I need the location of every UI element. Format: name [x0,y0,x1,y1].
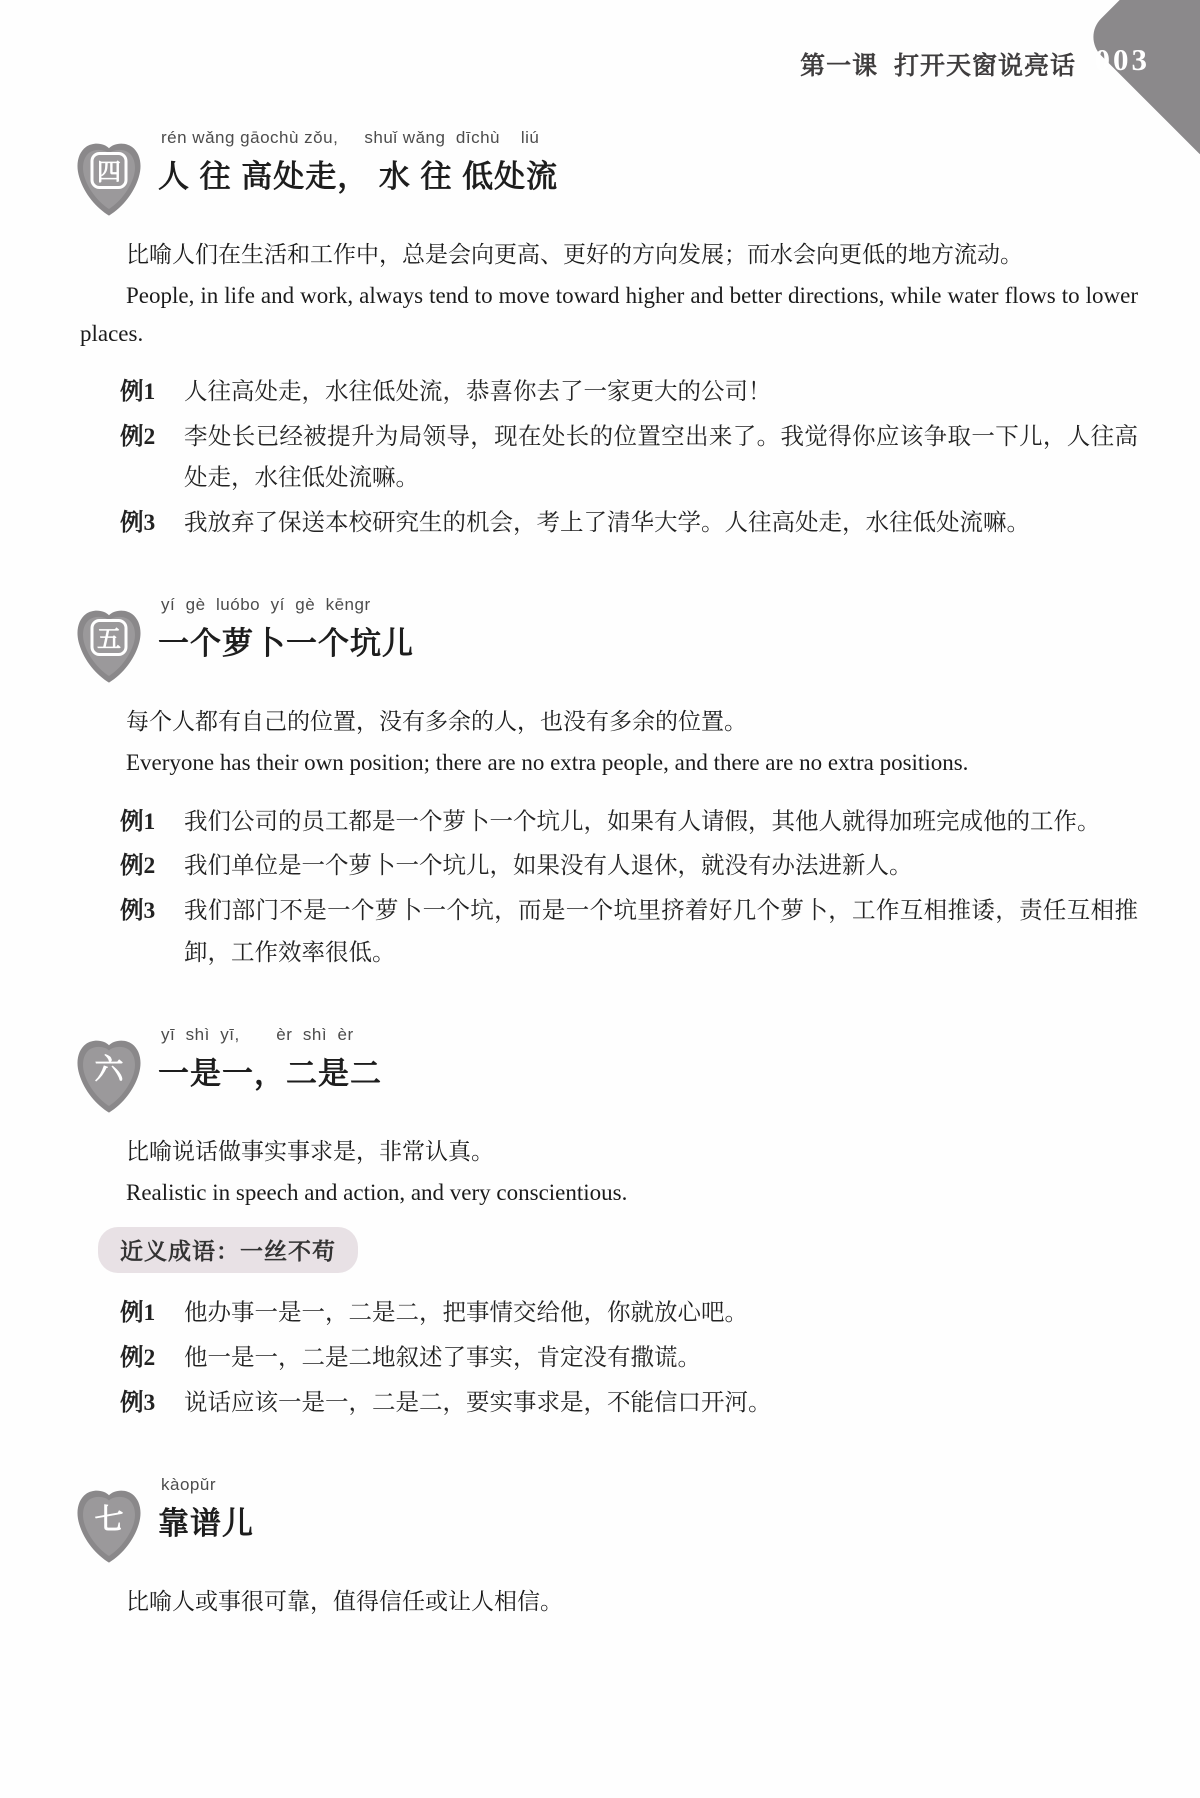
section-5-header: 五 yí gè luóbo yí gè kēngr 一个萝卜一个坑儿 [76,595,1138,685]
example-text: 说话应该一是一，二是二，要实事求是，不能信口开河。 [184,1383,1138,1425]
shield-badge-icon: 六 [76,1037,142,1115]
explanation-chinese: 比喻说话做事实事求是，非常认真。 [80,1133,1138,1170]
section-7-heading-text: kàopǔr 靠谱儿 [158,1475,254,1543]
pinyin-line: kàopǔr [161,1475,254,1495]
section-badge-number: 五 [91,619,128,656]
example-text: 他办事一是一，二是二，把事情交给他，你就放心吧。 [184,1293,1138,1335]
explanation-english: Everyone has their own position; there a… [80,744,1138,781]
pinyin-line: rén wǎng gāochù zǒu, shuǐ wǎng dīchù liú [161,128,558,148]
explanation-chinese: 每个人都有自己的位置，没有多余的人，也没有多余的位置。 [80,703,1138,740]
example-label: 例3 [120,1383,184,1425]
example-text: 我放弃了保送本校研究生的机会，考上了清华大学。人往高处走，水往低处流嘛。 [184,503,1138,545]
explanation-english: Realistic in speech and action, and very… [80,1174,1138,1211]
shield-badge-icon: 四 [76,140,142,218]
section-badge-number: 四 [91,152,128,189]
example-text: 我们单位是一个萝卜一个坑儿，如果没有人退休，就没有办法进新人。 [184,846,1138,888]
page-content: 四 rén wǎng gāochù zǒu, shuǐ wǎng dīchù l… [80,128,1138,1620]
example-label: 例3 [120,891,184,975]
page-number: 003 [1095,42,1151,78]
section-title: 靠谱儿 [158,1498,254,1543]
example-text: 我们部门不是一个萝卜一个坑，而是一个坑里挤着好几个萝卜，工作互相推诿，责任互相推… [184,891,1138,975]
example-text: 李处长已经被提升为局领导，现在处长的位置空出来了。我觉得你应该争取一下儿，人往高… [184,417,1138,501]
example-label: 例2 [120,1338,184,1380]
example-row: 例1 人往高处走，水往低处流，恭喜你去了一家更大的公司！ [120,372,1138,414]
example-row: 例3 我们部门不是一个萝卜一个坑，而是一个坑里挤着好几个萝卜，工作互相推诿，责任… [120,891,1138,975]
section-5-heading-text: yí gè luóbo yí gè kēngr 一个萝卜一个坑儿 [158,595,414,663]
example-label: 例2 [120,846,184,888]
examples-list: 例1 人往高处走，水往低处流，恭喜你去了一家更大的公司！ 例2 李处长已经被提升… [120,372,1138,545]
section-title: 人 往 高处走， 水 往 低处流 [158,151,558,196]
example-row: 例3 我放弃了保送本校研究生的机会，考上了清华大学。人往高处走，水往低处流嘛。 [120,503,1138,545]
synonym-idiom-pill: 近义成语：一丝不苟 [98,1227,358,1273]
shield-badge-icon: 七 [76,1487,142,1565]
explanation-english: People, in life and work, always tend to… [80,277,1138,352]
example-row: 例2 他一是一，二是二地叙述了事实，肯定没有撒谎。 [120,1338,1138,1380]
section-6-heading-text: yī shì yī, èr shì èr 一是一，二是二 [158,1025,382,1093]
example-label: 例1 [120,372,184,414]
example-label: 例2 [120,417,184,501]
example-row: 例2 我们单位是一个萝卜一个坑儿，如果没有人退休，就没有办法进新人。 [120,846,1138,888]
section-4-header: 四 rén wǎng gāochù zǒu, shuǐ wǎng dīchù l… [76,128,1138,218]
examples-list: 例1 我们公司的员工都是一个萝卜一个坑儿，如果有人请假，其他人就得加班完成他的工… [120,802,1138,975]
examples-list: 例1 他办事一是一，二是二，把事情交给他，你就放心吧。 例2 他一是一，二是二地… [120,1293,1138,1424]
section-badge-number: 七 [94,1504,123,1536]
pinyin-line: yí gè luóbo yí gè kēngr [161,595,414,615]
section-title: 一个萝卜一个坑儿 [158,618,414,663]
section-title: 一是一，二是二 [158,1048,382,1093]
section-4: 四 rén wǎng gāochù zǒu, shuǐ wǎng dīchù l… [80,128,1138,545]
example-label: 例3 [120,503,184,545]
section-4-heading-text: rén wǎng gāochù zǒu, shuǐ wǎng dīchù liú… [158,128,558,196]
explanation-chinese: 比喻人或事很可靠，值得信任或让人相信。 [80,1583,1138,1620]
example-text: 人往高处走，水往低处流，恭喜你去了一家更大的公司！ [184,372,1138,414]
example-row: 例3 说话应该一是一，二是二，要实事求是，不能信口开河。 [120,1383,1138,1425]
example-text: 我们公司的员工都是一个萝卜一个坑儿，如果有人请假，其他人就得加班完成他的工作。 [184,802,1138,844]
pinyin-line: yī shì yī, èr shì èr [161,1025,382,1045]
explanation-chinese: 比喻人们在生活和工作中，总是会向更高、更好的方向发展；而水会向更低的地方流动。 [80,236,1138,273]
section-7-header: 七 kàopǔr 靠谱儿 [76,1475,1138,1565]
example-row: 例1 我们公司的员工都是一个萝卜一个坑儿，如果有人请假，其他人就得加班完成他的工… [120,802,1138,844]
example-label: 例1 [120,802,184,844]
textbook-page: 第一课 打开天窗说亮话 003 四 rén wǎng gāochù zǒu, s… [0,0,1200,1798]
section-5: 五 yí gè luóbo yí gè kēngr 一个萝卜一个坑儿 每个人都有… [80,595,1138,975]
section-badge-number: 六 [94,1054,123,1086]
example-text: 他一是一，二是二地叙述了事实，肯定没有撒谎。 [184,1338,1138,1380]
example-label: 例1 [120,1293,184,1335]
example-row: 例2 李处长已经被提升为局领导，现在处长的位置空出来了。我觉得你应该争取一下儿，… [120,417,1138,501]
section-6-header: 六 yī shì yī, èr shì èr 一是一，二是二 [76,1025,1138,1115]
section-7: 七 kàopǔr 靠谱儿 比喻人或事很可靠，值得信任或让人相信。 [80,1475,1138,1620]
example-row: 例1 他办事一是一，二是二，把事情交给他，你就放心吧。 [120,1293,1138,1335]
shield-badge-icon: 五 [76,607,142,685]
lesson-title: 第一课 打开天窗说亮话 [800,46,1076,82]
section-6: 六 yī shì yī, èr shì èr 一是一，二是二 比喻说话做事实事求… [80,1025,1138,1425]
